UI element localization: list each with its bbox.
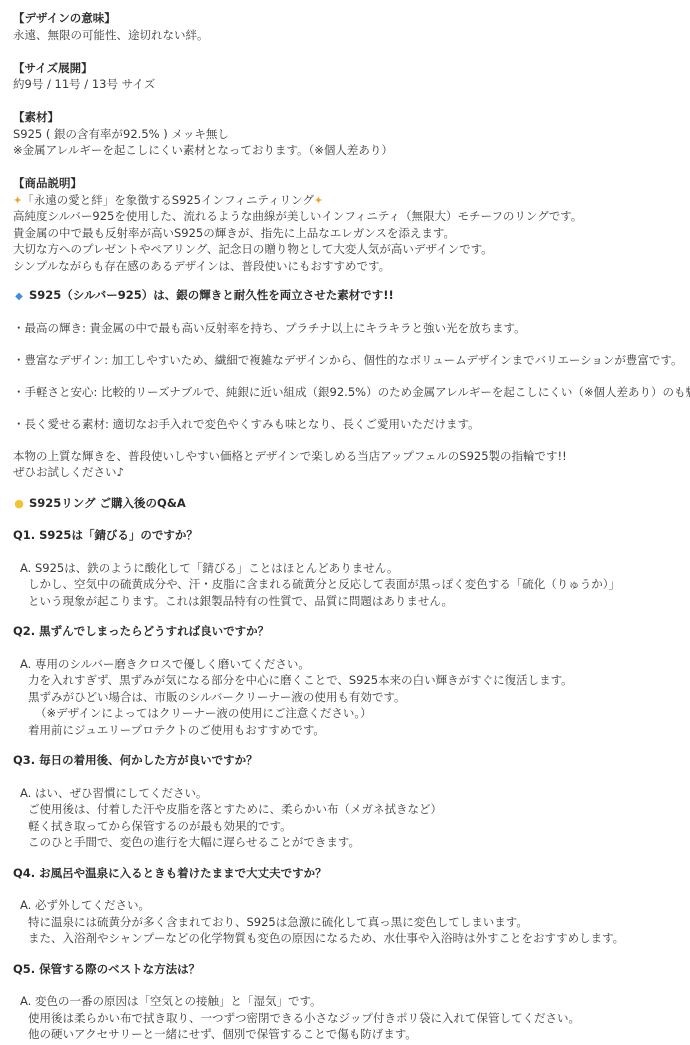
qa-answer-line: しかし、空気中の硫黄成分や、汗・皮脂に含まれる硫黄分と反応して表面が黒っぽく変色… bbox=[13, 576, 690, 593]
qa-question: Q2. 黒ずんでしまったらどうすれば良いですか？ bbox=[13, 623, 690, 640]
qa-heading: ●S925リング ご購入後のQ&A bbox=[13, 495, 690, 512]
description-tagline: ✦「永遠の愛と絆」を象徴するS925インフィニティリング✦ bbox=[13, 192, 690, 209]
sparkle-icon: ✦ bbox=[314, 194, 323, 207]
qa-answer-line: 使用後は柔らかい布で拭き取り、一つずつ密閉できる小さなジップ付きポリ袋に入れて保… bbox=[13, 1010, 690, 1027]
s925-closing: ぜひお試しください♪ bbox=[13, 464, 690, 481]
qa-answer-line: このひと手間で、変色の進行を大幅に遅らせることができます。 bbox=[13, 834, 690, 851]
qa-question: Q3. 毎日の着用後、何かした方が良いですか？ bbox=[13, 752, 690, 769]
qa-answer: A. 変色の一番の原因は「空気との接触」と「湿気」です。 bbox=[13, 993, 690, 1010]
s925-bullet: ・長く愛せる素材: 適切なお手入れで変色やくすみも味となり、長くご愛用いただけま… bbox=[13, 416, 690, 433]
qa-answer: A. S925は、鉄のように酸化して「錆びる」ことはほとんどありません。 bbox=[13, 560, 690, 577]
size-heading: 【サイズ展開】 bbox=[13, 60, 690, 77]
description-line: 高純度シルバー925を使用した、流れるような曲線が美しいインフィニティ（無限大）… bbox=[13, 208, 690, 225]
sparkle-icon: ✦ bbox=[13, 194, 22, 207]
qa-answer-line: （※デザインによってはクリーナー液の使用にご注意ください。） bbox=[13, 705, 690, 722]
s925-bullet: ・最高の輝き: 貴金属の中で最も高い反射率を持ち、プラチナ以上にキラキラと強い光… bbox=[13, 320, 690, 337]
qa-answer: A. 必ず外してください。 bbox=[13, 897, 690, 914]
s925-bullet: ・豊富なデザイン: 加工しやすいため、繊細で複雑なデザインから、個性的なボリュー… bbox=[13, 352, 690, 369]
s925-heading: ◆S925（シルバー925）は、銀の輝きと耐久性を両立させた素材です!! bbox=[13, 287, 690, 304]
size-text: 約9号 / 11号 / 13号 サイズ bbox=[13, 76, 690, 93]
gem-icon: ◆ bbox=[13, 289, 25, 306]
qa-answer: A. 専用のシルバー磨きクロスで優しく磨いてください。 bbox=[13, 656, 690, 673]
qa-answer-line: 特に温泉には硫黄分が多く含まれており、S925は急激に硫化して真っ黒に変色してし… bbox=[13, 914, 690, 931]
qa-answer-line: 他の硬いアクセサリーと一緒にせず、個別で保管することで傷も防げます。 bbox=[13, 1026, 690, 1043]
description-heading: 【商品説明】 bbox=[13, 175, 690, 192]
lightbulb-icon: ● bbox=[13, 496, 25, 513]
qa-question: Q1. S925は「錆びる」のですか？ bbox=[13, 527, 690, 544]
qa-answer: A. はい、ぜひ習慣にしてください。 bbox=[13, 785, 690, 802]
material-line: S925 ( 銀の含有率が92.5% ) メッキ無し bbox=[13, 126, 690, 143]
qa-answer-line: 黒ずみがひどい場合は、市販のシルバークリーナー液の使用も有効です。 bbox=[13, 689, 690, 706]
qa-question: Q5. 保管する際のベストな方法は？ bbox=[13, 961, 690, 978]
qa-answer-line: 軽く拭き取ってから保管するのが最も効果的です。 bbox=[13, 818, 690, 835]
s925-closing: 本物の上質な輝きを、普段使いしやすい価格とデザインで楽しめる当店アップフェルのS… bbox=[13, 448, 690, 465]
s925-bullet: ・手軽さと安心: 比較的リーズナブルで、純銀に近い組成（銀92.5%）のため金属… bbox=[13, 384, 690, 401]
description-line: 大切な方へのプレゼントやペアリング、記念日の贈り物として大変人気が高いデザインで… bbox=[13, 241, 690, 258]
material-line: ※金属アレルギーを起こしにくい素材となっております。（※個人差あり） bbox=[13, 142, 690, 159]
qa-answer-line: という現象が起こります。これは銀製品特有の性質で、品質に問題はありません。 bbox=[13, 593, 690, 610]
qa-answer-line: 着用前にジュエリープロテクトのご使用もおすすめです。 bbox=[13, 722, 690, 739]
description-line: シンプルながらも存在感のあるデザインは、普段使いにもおすすめです。 bbox=[13, 258, 690, 275]
qa-answer-line: ご使用後は、付着した汗や皮脂を落とすために、柔らかい布（メガネ拭きなど） bbox=[13, 801, 690, 818]
qa-answer-line: 力を入れすぎず、黒ずみが気になる部分を中心に磨くことで、S925本来の白い輝きが… bbox=[13, 672, 690, 689]
product-description: 【デザインの意味】 永遠、無限の可能性、途切れない絆。 【サイズ展開】 約9号 … bbox=[0, 0, 690, 1043]
description-line: 貴金属の中で最も反射率が高いS925の輝きが、指先に上品なエレガンスを添えます。 bbox=[13, 225, 690, 242]
material-heading: 【素材】 bbox=[13, 109, 690, 126]
qa-question: Q4. お風呂や温泉に入るときも着けたままで大丈夫ですか？ bbox=[13, 865, 690, 882]
qa-answer-line: また、入浴剤やシャンプーなどの化学物質も変色の原因になるため、水仕事や入浴時は外… bbox=[13, 930, 690, 947]
design-text: 永遠、無限の可能性、途切れない絆。 bbox=[13, 27, 690, 44]
design-heading: 【デザインの意味】 bbox=[13, 10, 690, 27]
